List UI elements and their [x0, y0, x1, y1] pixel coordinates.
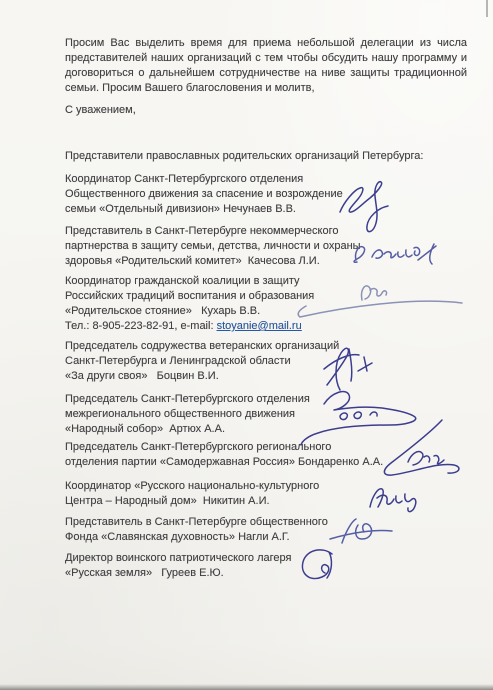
signature-nikitin: [362, 480, 428, 514]
scan-corner-artifact: [486, 0, 488, 17]
signature-nagli: [326, 516, 394, 546]
signatory-line: Представитель в Санкт-Петербурге некомме…: [65, 224, 467, 239]
letter-opening-paragraph: Просим Вас выделить время для приема неб…: [65, 36, 467, 96]
signatory-line: Санкт-Петербурга и Ленинградской области: [65, 354, 467, 369]
signatory-line: Председатель содружества ветеранских орг…: [65, 339, 467, 354]
signatory-line: Фонда «Славянская духовность» Нагли А.Г.: [65, 530, 467, 545]
signatory-line: «Русская земля» Гуреев Е.Ю.: [65, 566, 467, 581]
signature-gureev: [296, 546, 342, 582]
phone-label: Тел.: 8-905-223-82-91, e-mail:: [65, 320, 217, 332]
scan-bottom-edge: [0, 684, 493, 690]
signatory-block-gureev: Директор воинского патриотического лагер…: [65, 551, 467, 581]
signatories-heading: Представители православных родительских …: [65, 149, 467, 164]
signatory-line: Представитель в Санкт-Петербурге обществ…: [65, 515, 467, 530]
signatory-block-nagli: Представитель в Санкт-Петербурге обществ…: [65, 515, 467, 545]
signatory-line: Директор воинского патриотического лагер…: [65, 551, 467, 566]
letter-closing: С уважением,: [65, 103, 467, 118]
paragraph-line: договориться о дальнейшем сотрудничестве…: [65, 66, 467, 81]
scanned-letter-page: Просим Вас выделить время для приема неб…: [0, 0, 493, 690]
signature-nechunaev: [334, 176, 392, 236]
signature-botsvin: [314, 344, 374, 392]
paragraph-line: семьи. Просим Вашего благословения и мол…: [65, 81, 467, 96]
email-link[interactable]: stoyanie@mail.ru: [217, 320, 302, 332]
signatory-block-nechunaev: Координатор Санкт-Петербургского отделен…: [65, 172, 467, 217]
paragraph-line: представителей наших организаций с тем ч…: [65, 51, 467, 66]
signature-kukhar: [294, 280, 468, 332]
signatory-line: семьи «Отдельный дивизион» Нечунаев В.В.: [65, 202, 467, 217]
paragraph-line: Просим Вас выделить время для приема неб…: [65, 36, 467, 51]
signatory-block-botsvin: Председатель содружества ветеранских орг…: [65, 339, 467, 384]
signatory-line: «За други своя» Боцвин В.И.: [65, 369, 467, 384]
signatory-line: Общественного движения за спасение и воз…: [65, 187, 467, 202]
signature-bondarenko: [378, 418, 470, 482]
signatory-line: Координатор Санкт-Петербургского отделен…: [65, 172, 467, 187]
signature-kachesova: [346, 240, 450, 270]
